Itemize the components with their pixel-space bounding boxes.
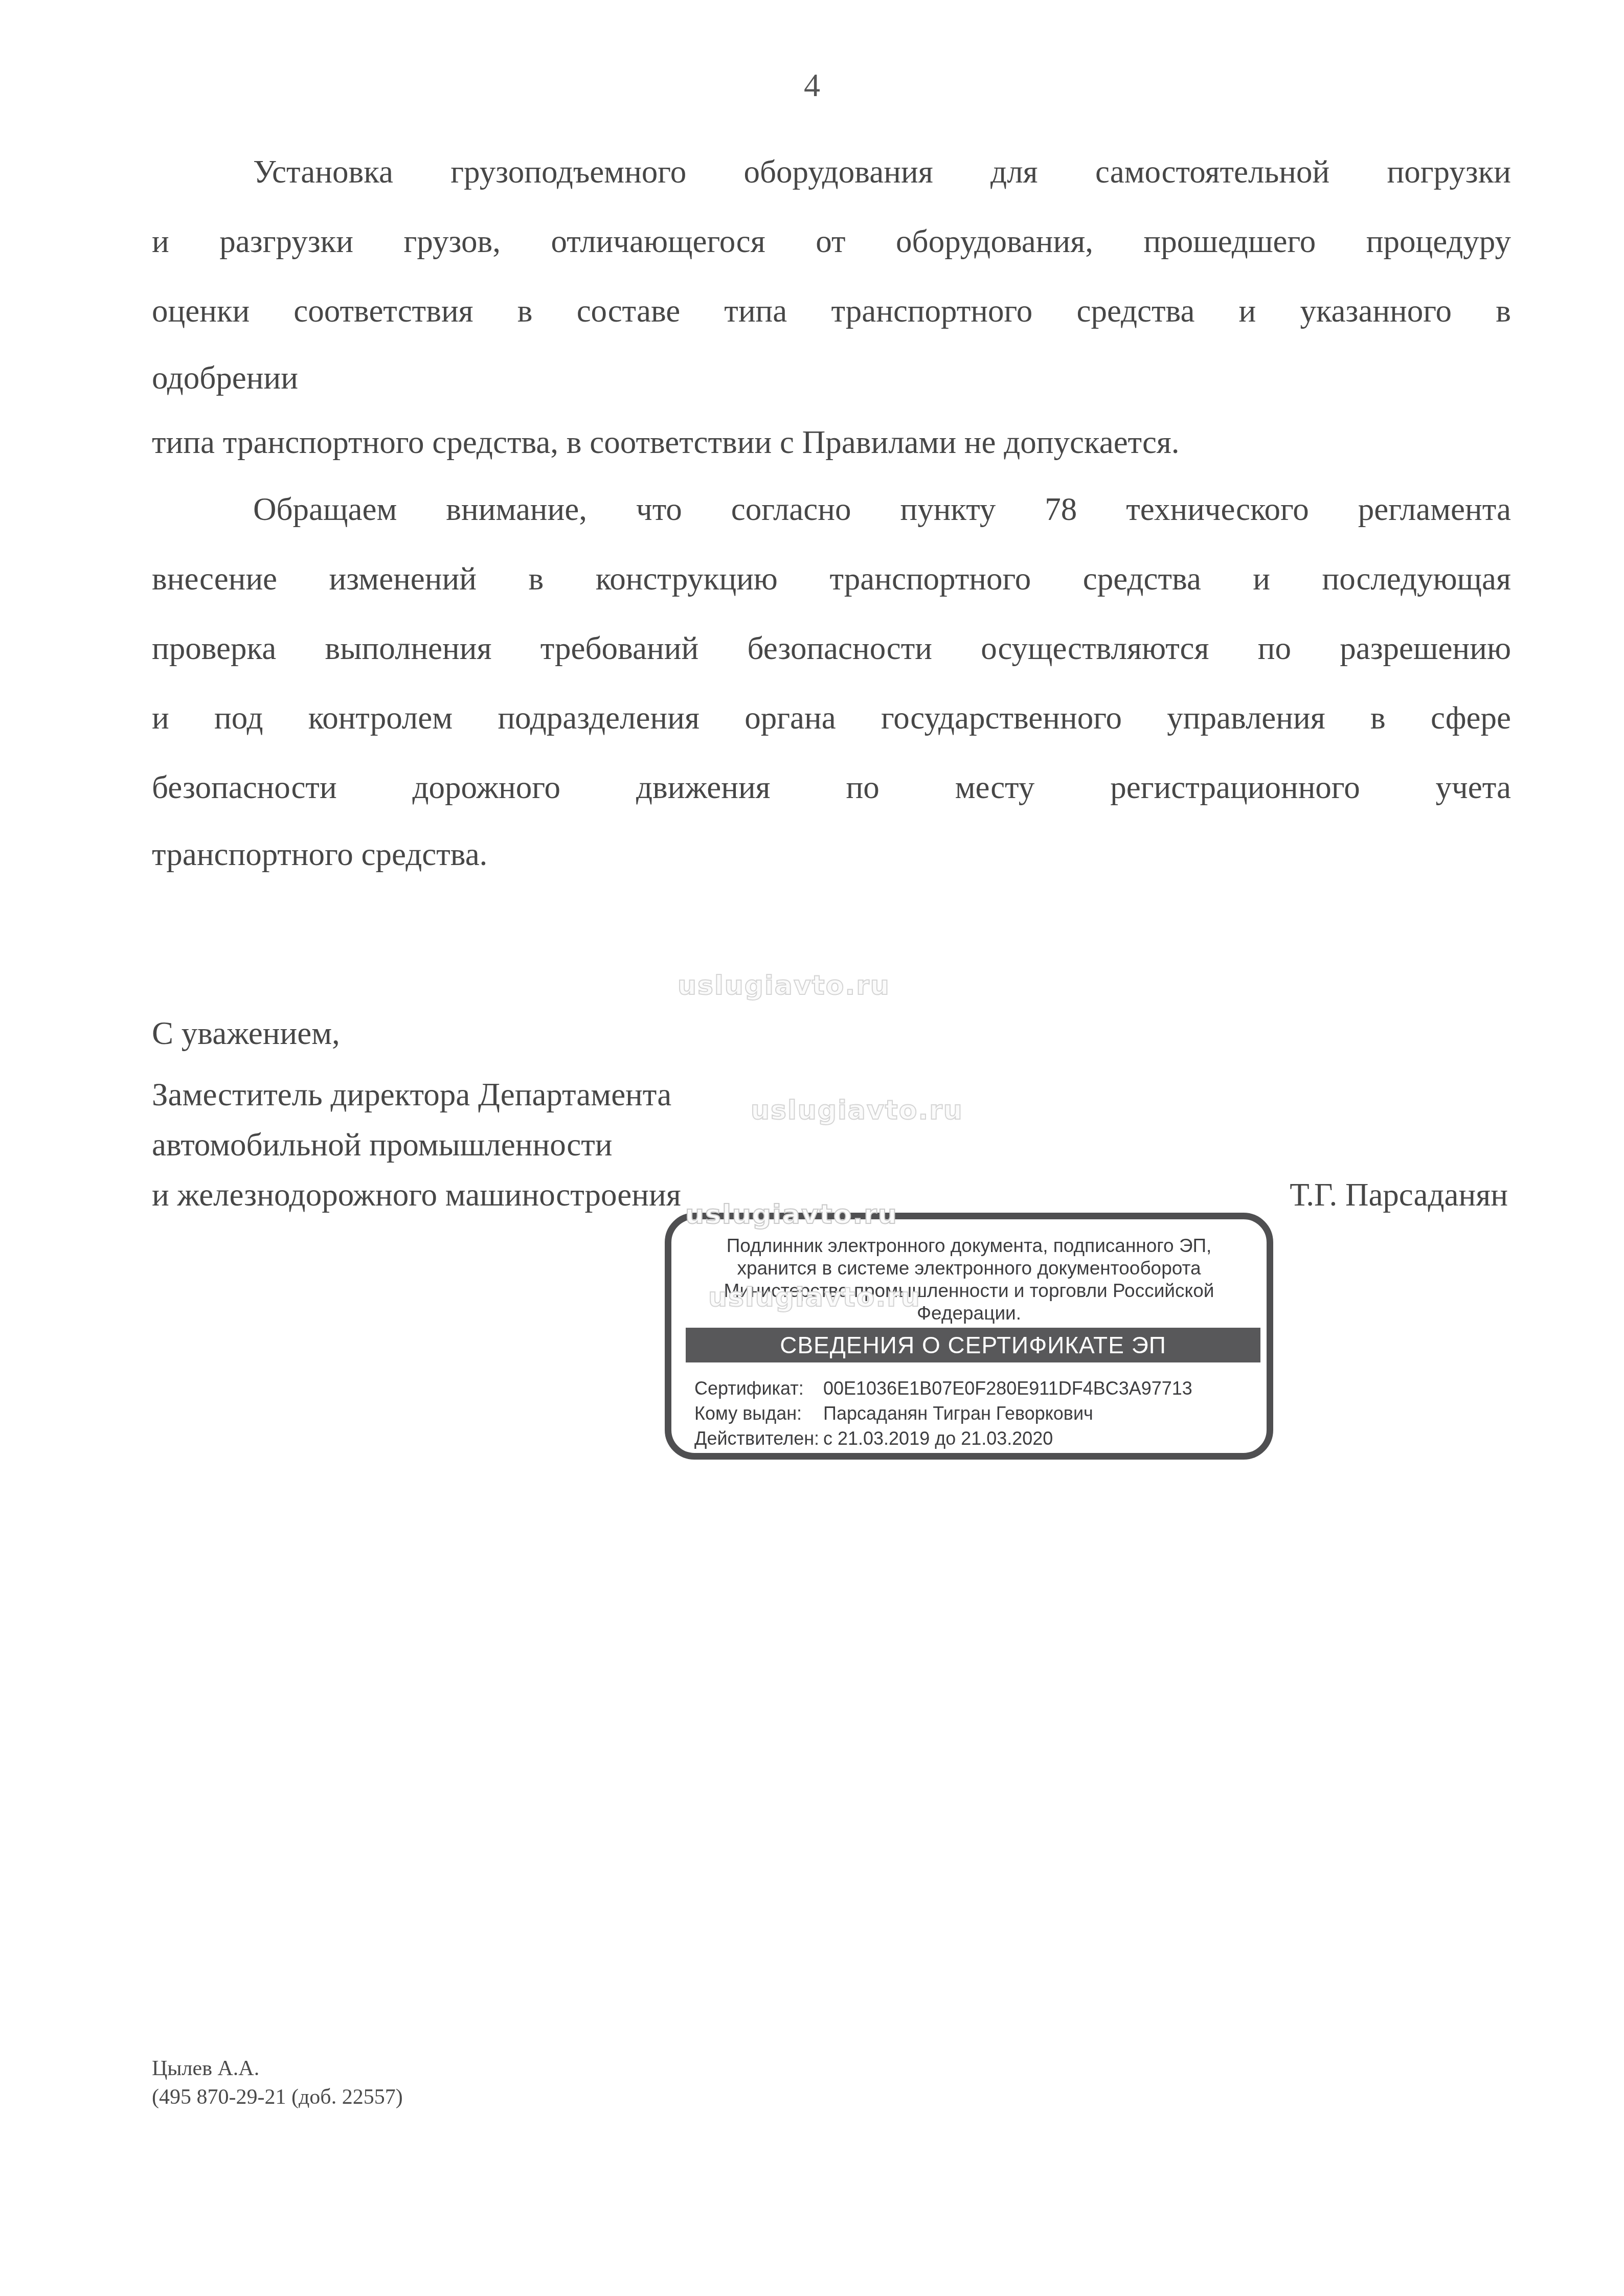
executor-contact: Цылев А.А. (495 870-29-21 (доб. 22557) <box>152 2054 403 2111</box>
certificate-header-bar: СВЕДЕНИЯ О СЕРТИФИКАТЕ ЭП <box>686 1328 1260 1362</box>
paragraph-line: и разгрузки грузов, отличающегося от обо… <box>152 207 1511 276</box>
certificate-row-value: с 21.03.2019 до 21.03.2020 <box>823 1428 1053 1449</box>
certificate-row: Кому выдан:Парсаданян Тигран Геворкович <box>694 1401 1267 1426</box>
certificate-row-value: 00E1036E1B07E0F280E911DF4BC3A97713 <box>823 1378 1192 1399</box>
signer-position-text: и железнодорожного машиностроения <box>152 1177 681 1213</box>
certificate-row: Действителен:с 21.03.2019 до 21.03.2020 <box>694 1426 1267 1451</box>
certificate-details: Сертификат:00E1036E1B07E0F280E911DF4BC3A… <box>671 1376 1267 1451</box>
paragraph-line: Установка грузоподъемного оборудования д… <box>152 137 1511 207</box>
executor-name: Цылев А.А. <box>152 2054 403 2083</box>
paragraph-line: Обращаем внимание, что согласно пункту 7… <box>152 474 1511 544</box>
e-signature-certificate-stamp: Подлинник электронного документа, подпис… <box>665 1213 1273 1460</box>
paragraph-line: и под контролем подразделения органа гос… <box>152 683 1511 753</box>
page-number: 4 <box>0 60 1624 110</box>
watermark-uslugiavto: uslugiavto.ru <box>751 1095 963 1126</box>
paragraph-1: Установка грузоподъемного оборудования д… <box>152 137 1511 474</box>
certificate-row-label: Сертификат: <box>694 1376 823 1401</box>
certificate-row-label: Кому выдан: <box>694 1401 823 1426</box>
signature-block: Заместитель директора Департамента автом… <box>152 1070 1511 1220</box>
salutation: С уважением, <box>152 1008 1511 1058</box>
paragraph-2: Обращаем внимание, что согласно пункту 7… <box>152 474 1511 886</box>
paragraph-line: транспортного средства. <box>152 822 1511 886</box>
signer-name: Т.Г. Парсаданян <box>1290 1170 1508 1220</box>
paragraph-line: внесение изменений в конструкцию транспо… <box>152 544 1511 613</box>
paragraph-line: оценки соответствия в составе типа транс… <box>152 276 1511 346</box>
paragraph-line: типа транспортного средства, в соответст… <box>152 410 1511 474</box>
document-page: 4 Установка грузоподъемного оборудования… <box>0 0 1624 2296</box>
paragraph-line: одобрении <box>152 346 1511 410</box>
signer-position-line: автомобильной промышленности <box>152 1120 1511 1170</box>
watermark-uslugiavto: uslugiavto.ru <box>685 1199 898 1230</box>
certificate-row-label: Действителен: <box>694 1426 823 1451</box>
certificate-row: Сертификат:00E1036E1B07E0F280E911DF4BC3A… <box>694 1376 1267 1401</box>
paragraph-line: проверка выполнения требований безопасно… <box>152 613 1511 683</box>
letter-body: Установка грузоподъемного оборудования д… <box>152 137 1511 1220</box>
paragraph-line: безопасности дорожного движения по месту… <box>152 753 1511 822</box>
certificate-intro-line: Подлинник электронного документа, подпис… <box>671 1235 1267 1257</box>
executor-phone: (495 870-29-21 (доб. 22557) <box>152 2083 403 2111</box>
watermark-uslugiavto: uslugiavto.ru <box>678 970 890 1001</box>
watermark-uslugiavto: uslugiavto.ru <box>708 1282 921 1313</box>
certificate-intro-line: хранится в системе электронного документ… <box>671 1257 1267 1280</box>
certificate-row-value: Парсаданян Тигран Геворкович <box>823 1403 1093 1424</box>
